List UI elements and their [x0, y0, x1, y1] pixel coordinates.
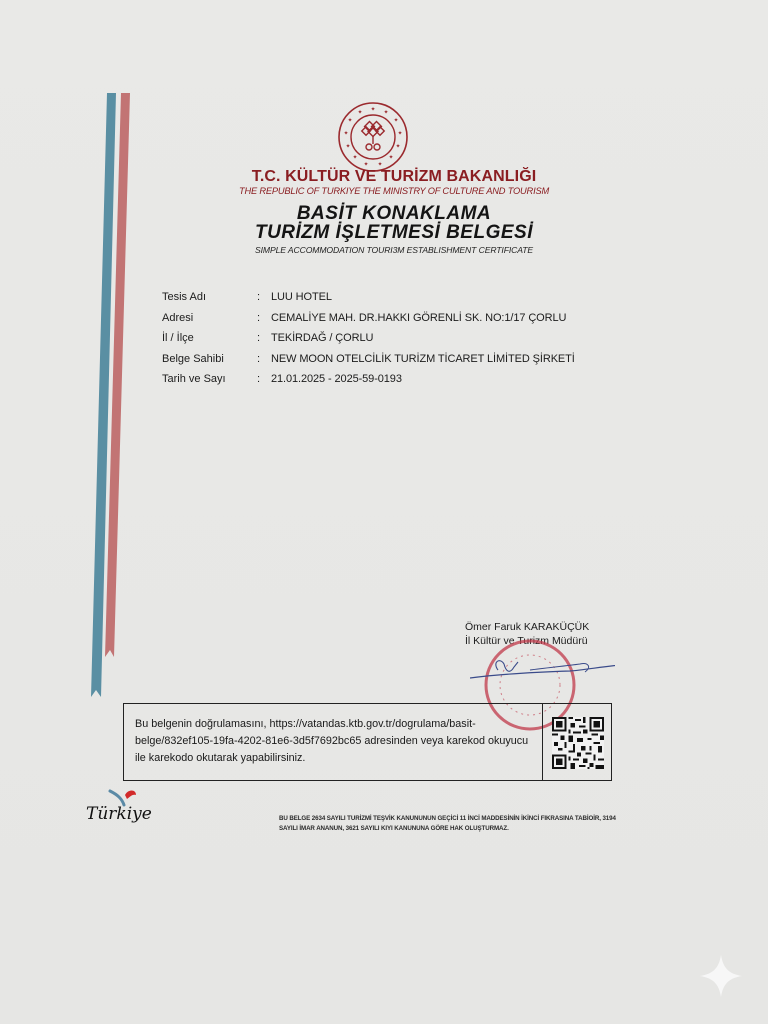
info-value: 21.01.2025 - 2025-59-0193	[271, 373, 402, 385]
info-label: Adresi	[162, 312, 252, 324]
info-colon: :	[257, 373, 260, 385]
info-value: NEW MOON OTELCİLİK TURİZM TİCARET LİMİTE…	[271, 353, 575, 365]
info-colon: :	[257, 312, 260, 324]
info-colon: :	[257, 332, 260, 344]
turkiye-logo-icon: Türkiye	[80, 785, 160, 830]
svg-text:✦: ✦	[347, 117, 352, 124]
qr-code-icon[interactable]	[552, 717, 604, 769]
info-colon: :	[257, 291, 260, 303]
certificate-title-line2: TURİZM İŞLETMESİ BELGESİ	[0, 222, 768, 244]
svg-text:✦: ✦	[370, 106, 375, 113]
signature-stroke-icon	[470, 664, 615, 678]
signer-block: Ömer Faruk KARAKÜÇÜK İl Kültür ve Turizm…	[465, 620, 589, 648]
signer-name: Ömer Faruk KARAKÜÇÜK	[465, 620, 589, 634]
turkiye-logo-text: Türkiye	[86, 804, 152, 824]
info-label: İl / İlçe	[162, 332, 252, 344]
info-label: Tarih ve Sayı	[162, 373, 252, 385]
svg-text:✦: ✦	[352, 154, 357, 161]
svg-text:✦: ✦	[397, 130, 402, 137]
certificate-page: ✦✦✦ ✦✦✦ ✦✦✦ ✦✦✦ ✦ T.C. KÜLTÜR VE TURİZM …	[0, 0, 768, 1024]
legal-notice: BU BELGE 2634 SAYILI TURİZMİ TEŞVİK KANU…	[279, 814, 619, 834]
ministry-emblem-icon: ✦✦✦ ✦✦✦ ✦✦✦ ✦✦✦ ✦	[336, 100, 410, 174]
svg-text:✦: ✦	[345, 143, 350, 150]
verification-divider	[542, 704, 543, 780]
info-colon: :	[257, 353, 260, 365]
info-label: Tesis Adı	[162, 291, 252, 303]
ministry-name-en: THE REPUBLIC OF TURKIYE THE MINISTRY OF …	[0, 186, 768, 196]
svg-text:✦: ✦	[343, 130, 348, 137]
signer-title: İl Kültür ve Turizm Müdürü	[465, 634, 589, 648]
info-value: LUU HOTEL	[271, 291, 332, 303]
svg-text:✦: ✦	[383, 109, 388, 116]
svg-text:✦: ✦	[388, 154, 393, 161]
svg-text:✦: ✦	[363, 161, 368, 168]
info-value: CEMALİYE MAH. DR.HAKKI GÖRENLİ SK. NO:1/…	[271, 312, 566, 324]
info-value: TEKİRDAĞ / ÇORLU	[271, 332, 373, 344]
sparkle-icon	[698, 953, 744, 999]
svg-text:✦: ✦	[393, 117, 398, 124]
svg-text:✦: ✦	[357, 109, 362, 116]
ministry-name-tr: T.C. KÜLTÜR VE TURİZM BAKANLIĞI	[0, 168, 768, 186]
verification-box: Bu belgenin doğrulamasını, https://vatan…	[123, 703, 612, 781]
certificate-title-en: SIMPLE ACCOMMODATION TOURI3M ESTABLISHME…	[0, 245, 768, 255]
verification-text: Bu belgenin doğrulamasını, https://vatan…	[135, 716, 535, 767]
svg-text:✦: ✦	[395, 143, 400, 150]
svg-text:✦: ✦	[377, 161, 382, 168]
info-label: Belge Sahibi	[162, 353, 252, 365]
